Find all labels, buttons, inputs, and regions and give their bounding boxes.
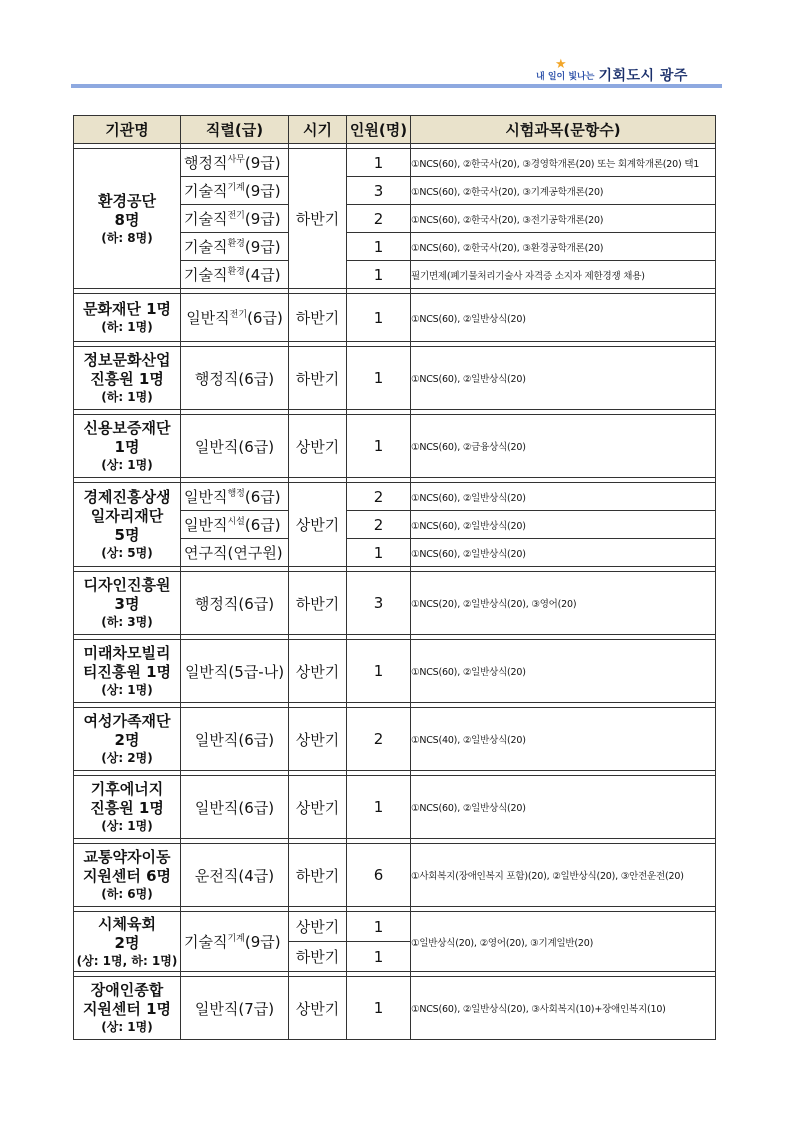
when-cell: 상반기 bbox=[289, 977, 347, 1040]
when-cell: 상반기 bbox=[289, 415, 347, 478]
subjects-cell: 필기면제(폐기물처리기술사 자격증 소지자 제한경쟁 채용) bbox=[411, 261, 716, 289]
count-cell: 1 bbox=[347, 977, 411, 1040]
subjects-cell: ①사회복지(장애인복지 포함)(20), ②일반상식(20), ③안전운전(20… bbox=[411, 844, 716, 907]
count-cell: 3 bbox=[347, 572, 411, 635]
subjects-cell: ①NCS(60), ②일반상식(20) bbox=[411, 511, 716, 539]
org-name: 여성가족재단 bbox=[84, 712, 171, 730]
count-cell: 2 bbox=[347, 708, 411, 771]
job-cell: 기술직기계(9급) bbox=[181, 912, 289, 972]
count-cell: 2 bbox=[347, 511, 411, 539]
table-row: 시체육회 2명 (상: 1명, 하: 1명) 기술직기계(9급) 상반기 1 ①… bbox=[74, 912, 716, 942]
count-cell: 2 bbox=[347, 483, 411, 511]
org-breakdown: (상: 2명) bbox=[74, 750, 180, 766]
org-name: 문화재단 1명 bbox=[83, 300, 171, 318]
job-cell: 운전직(4급) bbox=[181, 844, 289, 907]
org-name: 기후에너지 bbox=[91, 780, 163, 798]
org-total: 지원센터 6명 bbox=[83, 867, 171, 885]
when-cell: 하반기 bbox=[289, 149, 347, 289]
subjects-cell: ①NCS(60), ②한국사(20), ③기계공학개론(20) bbox=[411, 177, 716, 205]
subjects-cell: ①NCS(60), ②일반상식(20) bbox=[411, 640, 716, 703]
org-name: 시체육회 bbox=[98, 915, 156, 933]
subjects-cell: ①NCS(60), ②일반상식(20) bbox=[411, 294, 716, 342]
when-cell: 하반기 bbox=[289, 942, 347, 972]
org-breakdown: (상: 1명) bbox=[74, 818, 180, 834]
job-cell: 기술직환경(4급) bbox=[181, 261, 289, 289]
job-cell: 일반직행정(6급) bbox=[181, 483, 289, 511]
table-header-row: 기관명 직렬(급) 시기 인원(명) 시험과목(문항수) bbox=[74, 116, 716, 144]
when-cell: 하반기 bbox=[289, 294, 347, 342]
org-breakdown: (하: 3명) bbox=[74, 614, 180, 630]
job-cell: 연구직(연구원) bbox=[181, 539, 289, 567]
org-total: 진흥원 1명 bbox=[90, 370, 164, 388]
brand-slogan-small: ★내 일이 빛나는 bbox=[536, 70, 594, 84]
table-row: 경제진흥상생 일자리재단 5명 (상: 5명) 일반직행정(6급) 상반기 2 … bbox=[74, 483, 716, 511]
job-cell: 일반직(7급) bbox=[181, 977, 289, 1040]
table-row: 미래차모빌리 티진흥원 1명 (상: 1명) 일반직(5급-나) 상반기 1 ①… bbox=[74, 640, 716, 703]
job-cell: 일반직(5급-나) bbox=[181, 640, 289, 703]
when-cell: 하반기 bbox=[289, 844, 347, 907]
count-cell: 6 bbox=[347, 844, 411, 907]
subjects-cell: ①NCS(60), ②금융상식(20) bbox=[411, 415, 716, 478]
org-breakdown: (상: 1명) bbox=[74, 1019, 180, 1035]
when-cell: 상반기 bbox=[289, 483, 347, 567]
subjects-cell: ①NCS(60), ②일반상식(20) bbox=[411, 539, 716, 567]
table-row: 디자인진흥원 3명 (하: 3명) 행정직(6급) 하반기 3 ①NCS(20)… bbox=[74, 572, 716, 635]
when-cell: 상반기 bbox=[289, 912, 347, 942]
job-cell: 일반직시설(6급) bbox=[181, 511, 289, 539]
subjects-cell: ①일반상식(20), ②영어(20), ③기계일반(20) bbox=[411, 912, 716, 972]
when-cell: 상반기 bbox=[289, 640, 347, 703]
table-row: 문화재단 1명 (하: 1명) 일반직전기(6급) 하반기 1 ①NCS(60)… bbox=[74, 294, 716, 342]
org-cell: 디자인진흥원 3명 (하: 3명) bbox=[74, 572, 181, 635]
job-cell: 일반직전기(6급) bbox=[181, 294, 289, 342]
count-cell: 1 bbox=[347, 776, 411, 839]
org-total: 티진흥원 1명 bbox=[83, 663, 171, 681]
job-cell: 기술직환경(9급) bbox=[181, 233, 289, 261]
brand-logo: ★내 일이 빛나는 기회도시 광주 bbox=[536, 56, 688, 84]
org-cell: 경제진흥상생 일자리재단 5명 (상: 5명) bbox=[74, 483, 181, 567]
count-cell: 1 bbox=[347, 640, 411, 703]
count-cell: 1 bbox=[347, 539, 411, 567]
subjects-cell: ①NCS(40), ②일반상식(20) bbox=[411, 708, 716, 771]
org-cell: 신용보증재단 1명 (상: 1명) bbox=[74, 415, 181, 478]
org-cell: 문화재단 1명 (하: 1명) bbox=[74, 294, 181, 342]
count-cell: 1 bbox=[347, 261, 411, 289]
table-row: 정보문화산업 진흥원 1명 (하: 1명) 행정직(6급) 하반기 1 ①NCS… bbox=[74, 347, 716, 410]
when-cell: 하반기 bbox=[289, 347, 347, 410]
when-cell: 상반기 bbox=[289, 776, 347, 839]
org-cell: 정보문화산업 진흥원 1명 (하: 1명) bbox=[74, 347, 181, 410]
job-cell: 일반직(6급) bbox=[181, 415, 289, 478]
count-cell: 1 bbox=[347, 415, 411, 478]
subjects-cell: ①NCS(60), ②일반상식(20), ③사회복지(10)+장애인복지(10) bbox=[411, 977, 716, 1040]
job-cell: 기술직전기(9급) bbox=[181, 205, 289, 233]
subjects-cell: ①NCS(60), ②한국사(20), ③환경공학개론(20) bbox=[411, 233, 716, 261]
org-cell: 교통약자이동 지원센터 6명 (하: 6명) bbox=[74, 844, 181, 907]
job-cell: 일반직(6급) bbox=[181, 708, 289, 771]
org-name: 신용보증재단 bbox=[84, 419, 171, 437]
col-header-subjects: 시험과목(문항수) bbox=[411, 116, 716, 144]
org-breakdown: (상: 1명, 하: 1명) bbox=[74, 953, 180, 969]
col-header-count: 인원(명) bbox=[347, 116, 411, 144]
count-cell: 1 bbox=[347, 233, 411, 261]
org-total: 2명 bbox=[115, 731, 140, 749]
subjects-cell: ①NCS(60), ②일반상식(20) bbox=[411, 347, 716, 410]
org-breakdown: (하: 6명) bbox=[74, 886, 180, 902]
org-name: 디자인진흥원 bbox=[84, 576, 171, 594]
col-header-job: 직렬(급) bbox=[181, 116, 289, 144]
org-cell: 여성가족재단 2명 (상: 2명) bbox=[74, 708, 181, 771]
org-total: 3명 bbox=[115, 595, 140, 613]
header-rule bbox=[71, 84, 722, 88]
job-cell: 행정직(6급) bbox=[181, 572, 289, 635]
org-name-line2: 일자리재단 bbox=[91, 507, 163, 525]
recruitment-table: 기관명 직렬(급) 시기 인원(명) 시험과목(문항수) 환경공단 8명 (하:… bbox=[73, 115, 716, 1040]
org-cell: 환경공단 8명 (하: 8명) bbox=[74, 149, 181, 289]
job-cell: 일반직(6급) bbox=[181, 776, 289, 839]
brand-slogan-city: 기회도시 광주 bbox=[598, 68, 688, 84]
org-name: 교통약자이동 bbox=[84, 848, 171, 866]
job-cell: 행정직사무(9급) bbox=[181, 149, 289, 177]
org-total: 5명 bbox=[115, 526, 140, 544]
job-cell: 기술직기계(9급) bbox=[181, 177, 289, 205]
when-cell: 상반기 bbox=[289, 708, 347, 771]
subjects-cell: ①NCS(60), ②일반상식(20) bbox=[411, 776, 716, 839]
count-cell: 1 bbox=[347, 149, 411, 177]
org-name: 장애인종합 bbox=[91, 981, 163, 999]
org-total: 8명 bbox=[115, 211, 140, 229]
org-name: 미래차모빌리 bbox=[84, 644, 171, 662]
org-breakdown: (상: 5명) bbox=[74, 545, 180, 561]
org-breakdown: (상: 1명) bbox=[74, 457, 180, 473]
count-cell: 3 bbox=[347, 177, 411, 205]
org-total: 진흥원 1명 bbox=[90, 799, 164, 817]
org-breakdown: (하: 8명) bbox=[74, 230, 180, 246]
org-cell: 시체육회 2명 (상: 1명, 하: 1명) bbox=[74, 912, 181, 972]
when-cell: 하반기 bbox=[289, 572, 347, 635]
org-total: 2명 bbox=[115, 934, 140, 952]
org-name: 정보문화산업 bbox=[84, 351, 171, 369]
count-cell: 2 bbox=[347, 205, 411, 233]
col-header-org: 기관명 bbox=[74, 116, 181, 144]
subjects-cell: ①NCS(60), ②한국사(20), ③경영학개론(20) 또는 회계학개론(… bbox=[411, 149, 716, 177]
org-name: 경제진흥상생 bbox=[84, 488, 171, 506]
table-row: 장애인종합 지원센터 1명 (상: 1명) 일반직(7급) 상반기 1 ①NCS… bbox=[74, 977, 716, 1040]
org-cell: 미래차모빌리 티진흥원 1명 (상: 1명) bbox=[74, 640, 181, 703]
col-header-when: 시기 bbox=[289, 116, 347, 144]
table-row: 신용보증재단 1명 (상: 1명) 일반직(6급) 상반기 1 ①NCS(60)… bbox=[74, 415, 716, 478]
table-row: 교통약자이동 지원센터 6명 (하: 6명) 운전직(4급) 하반기 6 ①사회… bbox=[74, 844, 716, 907]
org-name: 환경공단 bbox=[98, 192, 156, 210]
subjects-cell: ①NCS(20), ②일반상식(20), ③영어(20) bbox=[411, 572, 716, 635]
org-total: 지원센터 1명 bbox=[83, 1000, 171, 1018]
subjects-cell: ①NCS(60), ②일반상식(20) bbox=[411, 483, 716, 511]
count-cell: 1 bbox=[347, 942, 411, 972]
table-row: 여성가족재단 2명 (상: 2명) 일반직(6급) 상반기 2 ①NCS(40)… bbox=[74, 708, 716, 771]
count-cell: 1 bbox=[347, 294, 411, 342]
org-total: 1명 bbox=[115, 438, 140, 456]
org-breakdown: (하: 1명) bbox=[74, 319, 180, 335]
table-row: 환경공단 8명 (하: 8명) 행정직사무(9급) 하반기 1 ①NCS(60)… bbox=[74, 149, 716, 177]
org-cell: 장애인종합 지원센터 1명 (상: 1명) bbox=[74, 977, 181, 1040]
count-cell: 1 bbox=[347, 912, 411, 942]
table-row: 기후에너지 진흥원 1명 (상: 1명) 일반직(6급) 상반기 1 ①NCS(… bbox=[74, 776, 716, 839]
star-icon: ★ bbox=[555, 58, 567, 71]
org-breakdown: (상: 1명) bbox=[74, 682, 180, 698]
job-cell: 행정직(6급) bbox=[181, 347, 289, 410]
count-cell: 1 bbox=[347, 347, 411, 410]
subjects-cell: ①NCS(60), ②한국사(20), ③전기공학개론(20) bbox=[411, 205, 716, 233]
org-cell: 기후에너지 진흥원 1명 (상: 1명) bbox=[74, 776, 181, 839]
org-breakdown: (하: 1명) bbox=[74, 389, 180, 405]
